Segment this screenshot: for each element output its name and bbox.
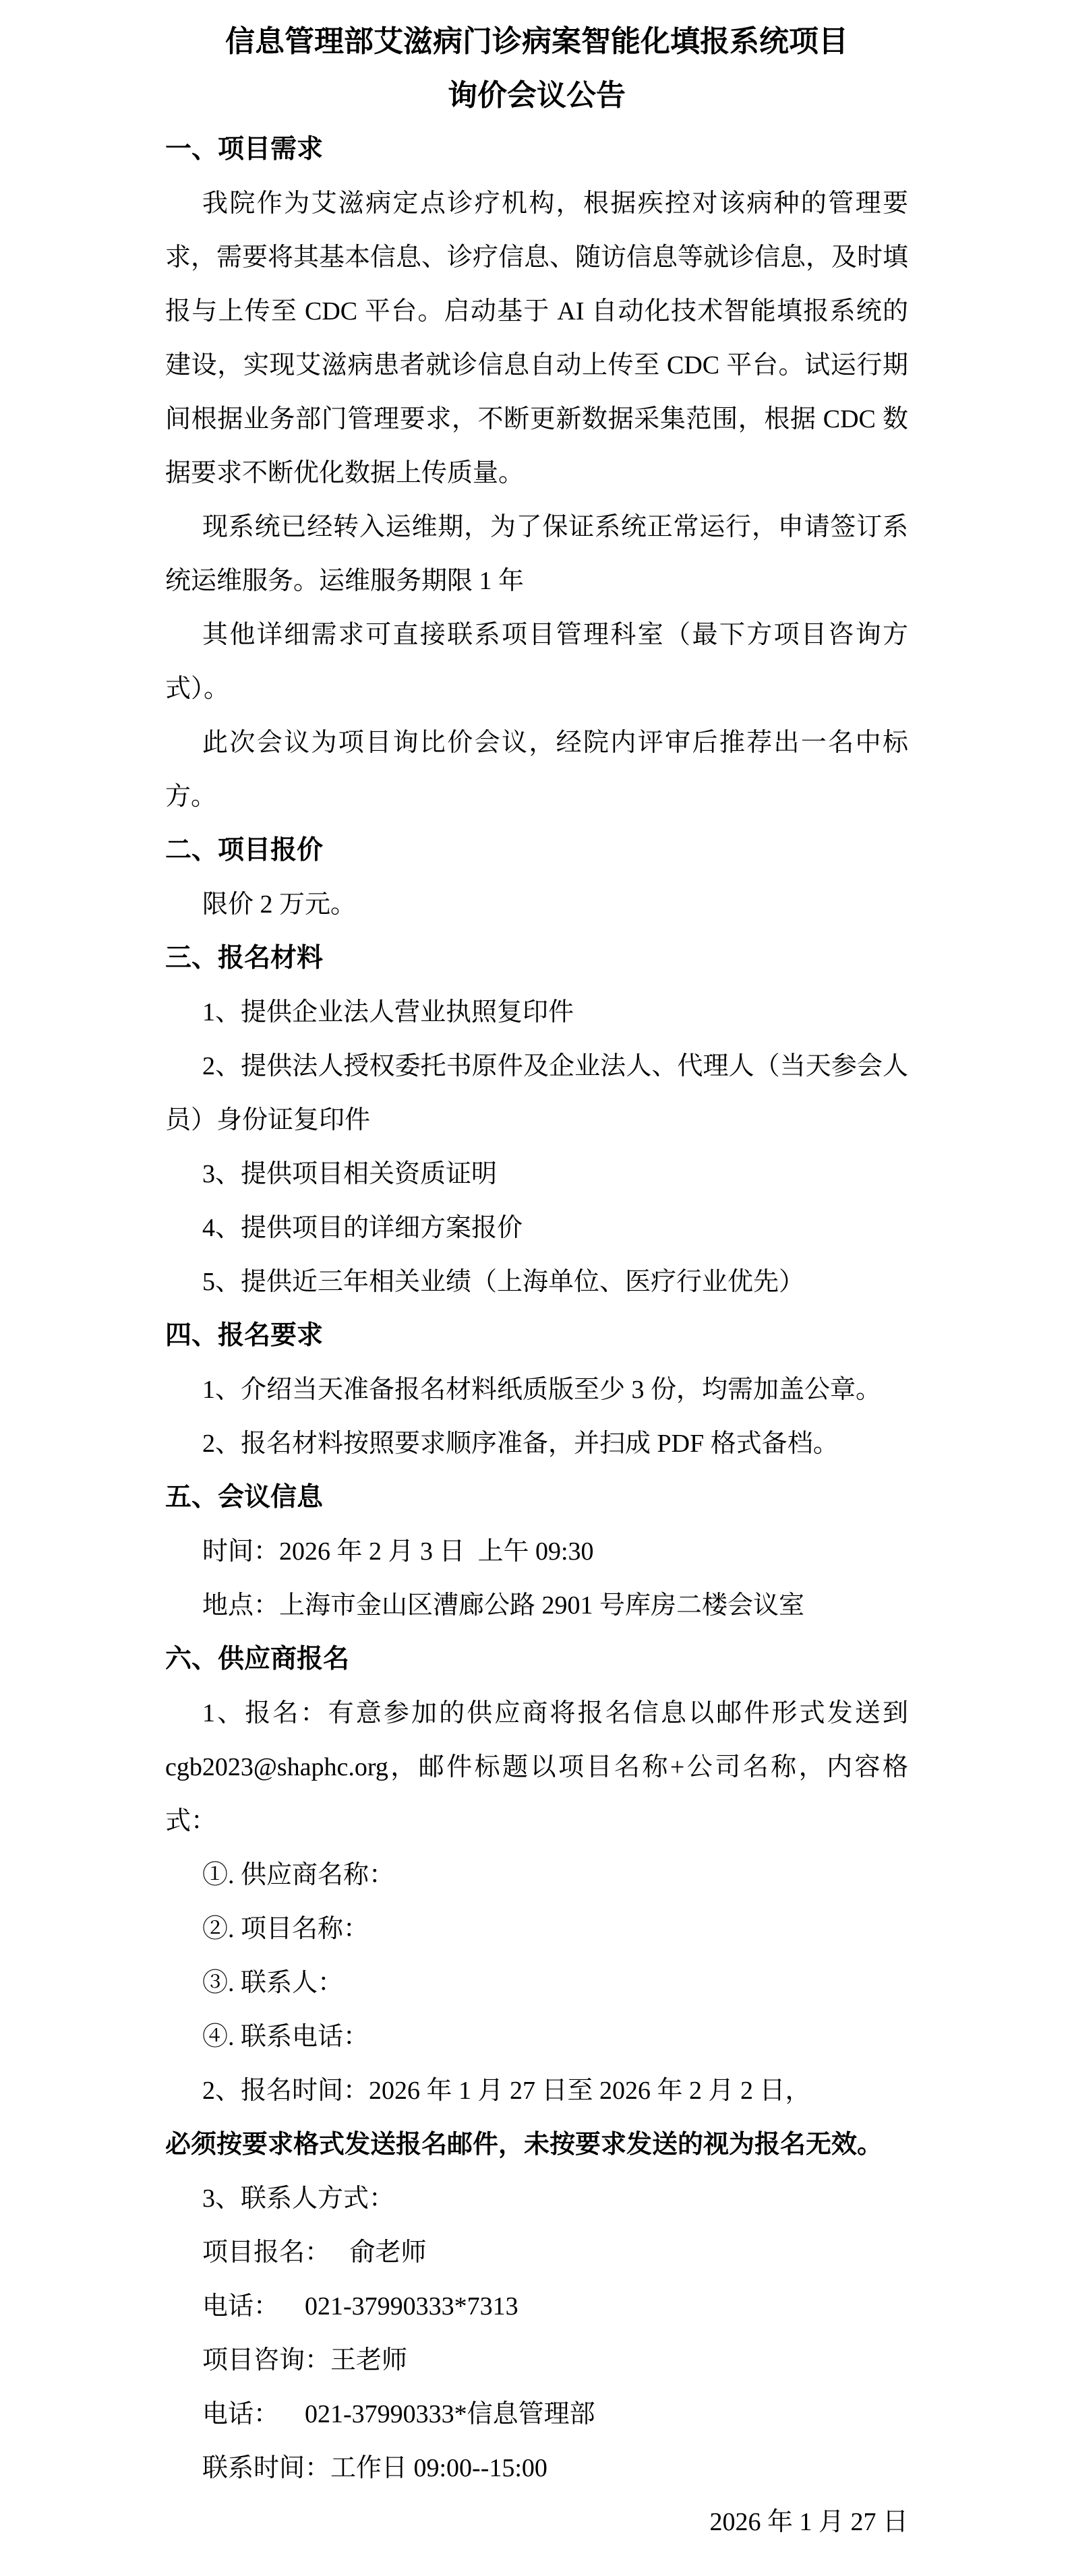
section-4-item-2: 2、报名材料按照要求顺序准备，并扫成 PDF 格式备档。 xyxy=(165,1417,908,1471)
section-1-heading: 一、项目需求 xyxy=(165,123,908,177)
contact-signup-phone-line: 电话： 021-37990333*7313 xyxy=(165,2279,908,2333)
section-1-paragraph-4: 此次会议为项目询比价会议，经院内评审后推荐出一名中标方。 xyxy=(165,716,908,824)
signup-form-item-2: ②. 项目名称： xyxy=(165,1902,908,1956)
section-6-heading: 六、供应商报名 xyxy=(165,1632,908,1686)
section-6-paragraph-1: 1、报名：有意参加的供应商将报名信息以邮件形式发送到 cgb2023@shaph… xyxy=(165,1686,908,1848)
section-4-heading: 四、报名要求 xyxy=(165,1309,908,1363)
section-6-paragraph-2: 2、报名时间：2026 年 1 月 27 日至 2026 年 2 月 2 日， xyxy=(165,2064,908,2118)
section-1-paragraph-2: 现系统已经转入运维期，为了保证系统正常运行，申请签订系统运维服务。运维服务期限 … xyxy=(165,500,908,608)
signup-form-item-1: ①. 供应商名称： xyxy=(165,1848,908,1902)
announcement-document: 信息管理部艾滋病门诊病案智能化填报系统项目 询价会议公告 一、项目需求 我院作为… xyxy=(0,0,1070,2576)
document-subtitle: 询价会议公告 xyxy=(165,69,908,123)
contact-hours-line: 联系时间：工作日 09:00--15:00 xyxy=(165,2441,908,2495)
meeting-time-line: 时间：2026 年 2 月 3 日 上午 09:30 xyxy=(165,1525,908,1578)
contact-consult-phone-line: 电话： 021-37990333*信息管理部 xyxy=(165,2387,908,2441)
section-1-paragraph-3: 其他详细需求可直接联系项目管理科室（最下方项目咨询方式）。 xyxy=(165,608,908,716)
section-2-paragraph-1: 限价 2 万元。 xyxy=(165,878,908,931)
signup-warning-line: 必须按要求格式发送报名邮件，未按要求发送的视为报名无效。 xyxy=(165,2118,908,2172)
section-6-paragraph-3: 3、联系人方式： xyxy=(165,2172,908,2226)
section-2-heading: 二、项目报价 xyxy=(165,824,908,878)
section-3-heading: 三、报名材料 xyxy=(165,931,908,985)
contact-consult-line: 项目咨询：王老师 xyxy=(165,2333,908,2387)
section-1-paragraph-1: 我院作为艾滋病定点诊疗机构，根据疾控对该病种的管理要求，需要将其基本信息、诊疗信… xyxy=(165,177,908,500)
section-3-item-1: 1、提供企业法人营业执照复印件 xyxy=(165,985,908,1039)
contact-signup-line: 项目报名： 俞老师 xyxy=(165,2226,908,2279)
meeting-place-line: 地点：上海市金山区漕廊公路 2901 号库房二楼会议室 xyxy=(165,1578,908,1632)
section-5-heading: 五、会议信息 xyxy=(165,1471,908,1525)
section-3-item-5: 5、提供近三年相关业绩（上海单位、医疗行业优先） xyxy=(165,1255,908,1309)
section-3-item-4: 4、提供项目的详细方案报价 xyxy=(165,1201,908,1255)
section-4-item-1: 1、介绍当天准备报名材料纸质版至少 3 份，均需加盖公章。 xyxy=(165,1363,908,1417)
signup-form-item-3: ③. 联系人： xyxy=(165,1956,908,2010)
document-date: 2026 年 1 月 27 日 xyxy=(165,2495,908,2549)
section-3-item-2: 2、提供法人授权委托书原件及企业法人、代理人（当天参会人员）身份证复印件 xyxy=(165,1039,908,1147)
section-3-item-3: 3、提供项目相关资质证明 xyxy=(165,1147,908,1201)
document-title: 信息管理部艾滋病门诊病案智能化填报系统项目 xyxy=(165,15,908,69)
signup-form-item-4: ④. 联系电话： xyxy=(165,2010,908,2064)
